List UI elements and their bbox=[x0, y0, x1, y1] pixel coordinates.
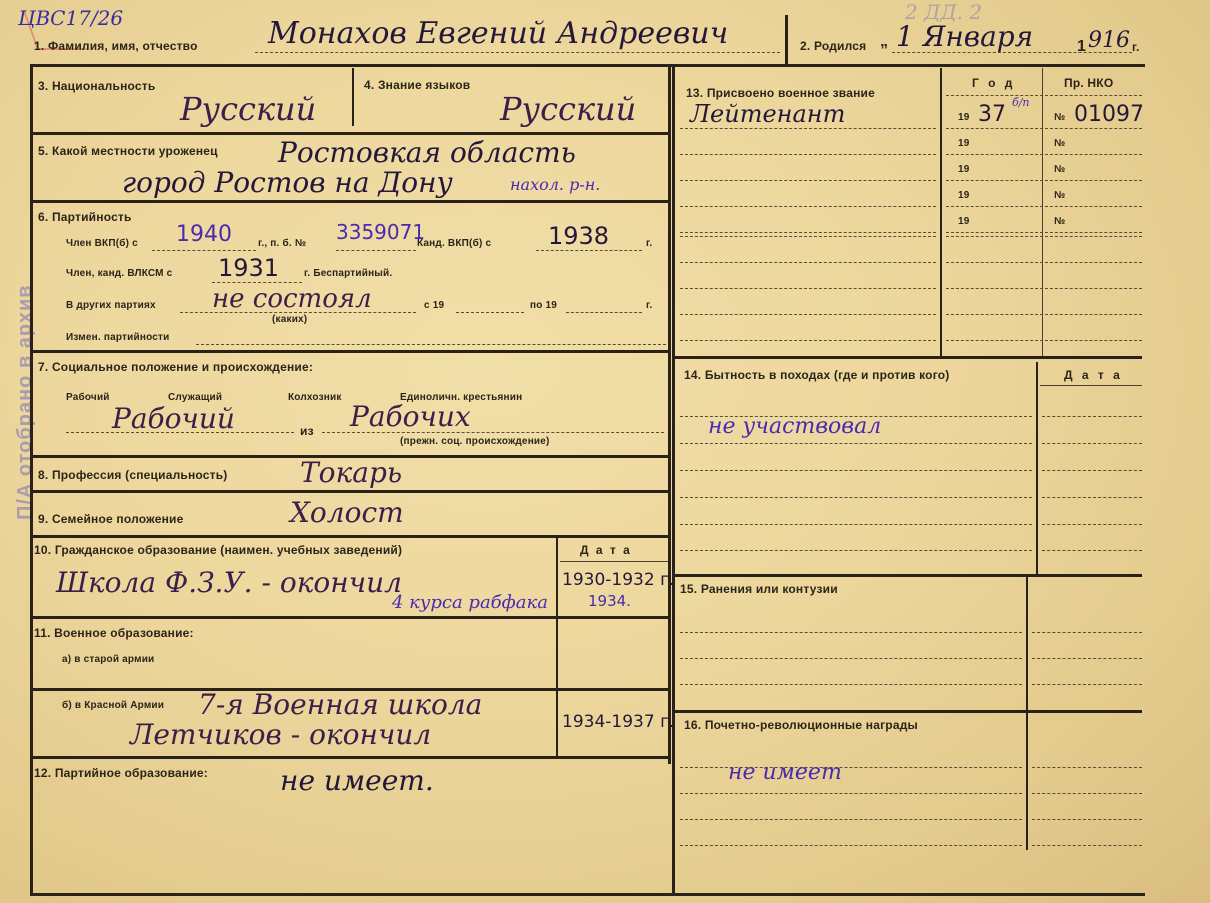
ruled-line bbox=[680, 443, 1032, 444]
rule-after-5 bbox=[30, 200, 670, 203]
rank-line bbox=[680, 340, 936, 341]
date-column-divider bbox=[556, 537, 558, 757]
line-party-card bbox=[336, 250, 416, 251]
rule-after-8 bbox=[30, 490, 670, 493]
value-rank-year[interactable]: 37 bbox=[978, 102, 1006, 127]
line-vlksm-year bbox=[212, 282, 302, 283]
label-nationality: 3. Национальность bbox=[38, 79, 155, 93]
label-rank: 13. Присвоено военное звание bbox=[686, 86, 875, 100]
label-wounds: 15. Ранения или контузии bbox=[680, 582, 838, 596]
rank-year-line bbox=[946, 154, 1142, 155]
ruled-line bbox=[680, 524, 1032, 525]
value-origin[interactable]: Рабочих bbox=[350, 400, 471, 433]
label-family: 9. Семейное положение bbox=[38, 512, 183, 526]
rule-date-header bbox=[560, 561, 668, 562]
line-member-year bbox=[152, 250, 256, 251]
label-old-army: а) в старой армии bbox=[62, 654, 154, 665]
rank-line bbox=[680, 180, 936, 181]
rank-no-prefix: № bbox=[1054, 164, 1065, 175]
label-full-name: 1. Фамилия, имя, отчество bbox=[34, 39, 198, 53]
value-party-education[interactable]: не имеет. bbox=[280, 764, 434, 797]
value-born-date[interactable]: 1 Января bbox=[896, 20, 1033, 53]
line-from bbox=[456, 312, 524, 313]
rule-top bbox=[30, 64, 1145, 67]
rank-line bbox=[680, 232, 936, 233]
value-civil-education-date2[interactable]: 1934. bbox=[588, 592, 631, 610]
line-full-name bbox=[255, 52, 780, 53]
ruled-line bbox=[680, 819, 1022, 820]
ruled-date-line bbox=[1042, 497, 1142, 498]
value-social[interactable]: Рабочий bbox=[112, 402, 235, 435]
value-campaigns[interactable]: не участвовал bbox=[708, 414, 881, 439]
label-awards: 16. Почетно-революционные награды bbox=[684, 718, 918, 732]
value-red-army-2[interactable]: Летчиков - окончил bbox=[130, 718, 431, 751]
value-other-parties[interactable]: не состоял bbox=[212, 284, 372, 314]
rank-year-prefix: 19 bbox=[958, 164, 970, 175]
ruled-date-line bbox=[1032, 632, 1142, 633]
value-red-army-1[interactable]: 7-я Военная школа bbox=[198, 688, 482, 721]
rank-line bbox=[680, 288, 936, 289]
header-date-10: Д а т а bbox=[580, 543, 632, 557]
ruled-line bbox=[680, 632, 1022, 633]
left-border bbox=[30, 64, 33, 894]
label-nonparty: г. Беспартийный. bbox=[304, 268, 392, 279]
label-military-education: 11. Военное образование: bbox=[34, 626, 194, 640]
rank-line bbox=[680, 236, 936, 237]
rank-no-prefix: № bbox=[1054, 216, 1065, 227]
rule-after-13 bbox=[672, 356, 1142, 359]
divider-14-date bbox=[1036, 362, 1038, 574]
header-order: Пр. НКО bbox=[1064, 76, 1113, 90]
ruled-line bbox=[680, 658, 1022, 659]
value-rank[interactable]: Лейтенант bbox=[690, 100, 845, 128]
rank-no-prefix: № bbox=[1054, 190, 1065, 201]
ruled-line bbox=[680, 845, 1022, 846]
born-quote: „ bbox=[880, 33, 888, 51]
divider-16-date bbox=[1026, 712, 1028, 850]
label-from-19: с 19 bbox=[424, 300, 444, 311]
rule-rank-header bbox=[946, 95, 1142, 96]
ruled-date-line bbox=[1032, 767, 1142, 768]
rule-bottom bbox=[30, 893, 1145, 896]
line-to bbox=[566, 312, 642, 313]
rank-year-prefix: 19 bbox=[958, 138, 970, 149]
rank-no-prefix: № bbox=[1054, 138, 1065, 149]
rank-year-prefix: 19 bbox=[958, 190, 970, 201]
header-year: Г о д bbox=[972, 76, 1015, 90]
value-civil-education-1[interactable]: Школа Ф.З.У. - окончил bbox=[56, 566, 402, 599]
rank-line bbox=[680, 262, 936, 263]
rank-line bbox=[680, 128, 936, 129]
rule-after-11b bbox=[30, 756, 670, 759]
ruled-line bbox=[680, 497, 1032, 498]
value-full-name[interactable]: Монахов Евгений Андреевич bbox=[268, 16, 728, 51]
label-to-19: по 19 bbox=[530, 300, 557, 311]
value-nationality[interactable]: Русский bbox=[180, 90, 316, 128]
rank-year-line bbox=[946, 314, 1142, 315]
candidate-g: г. bbox=[646, 238, 652, 249]
rule-after-3 bbox=[30, 132, 670, 135]
label-origin-sub: (прежн. соц. происхождение) bbox=[400, 436, 550, 447]
label-born: 2. Родился bbox=[800, 39, 866, 53]
label-civil-education: 10. Гражданское образование (наимен. уче… bbox=[34, 543, 402, 557]
divider-15-date bbox=[1026, 576, 1028, 716]
rule-after-14 bbox=[672, 574, 1142, 577]
rank-year-line bbox=[946, 340, 1142, 341]
ruled-date-line bbox=[1032, 819, 1142, 820]
rank-year-line bbox=[946, 128, 1142, 129]
rank-year-line bbox=[946, 232, 1142, 233]
value-vlksm-year[interactable]: 1931 bbox=[218, 254, 279, 282]
rank-no-prefix: № bbox=[1054, 112, 1065, 123]
value-civil-education-2[interactable]: 4 курса рабфака bbox=[392, 592, 548, 613]
rank-year-line bbox=[946, 180, 1142, 181]
divider-name-birth bbox=[785, 15, 788, 65]
label-birthplace: 5. Какой местности уроженец bbox=[38, 144, 218, 158]
ruled-date-line bbox=[1042, 416, 1142, 417]
divider-year-col bbox=[940, 68, 942, 358]
rank-year-line bbox=[946, 262, 1142, 263]
label-party-education: 12. Партийное образование: bbox=[34, 766, 208, 780]
value-party-card[interactable]: 3359071 bbox=[336, 220, 425, 244]
rank-line bbox=[680, 206, 936, 207]
ruled-date-line bbox=[1032, 684, 1142, 685]
born-year-prefix: 1 bbox=[1077, 38, 1086, 56]
rank-year-prefix: 19 bbox=[958, 112, 970, 123]
rule-date14-header bbox=[1040, 385, 1142, 386]
ruled-date-line bbox=[1032, 793, 1142, 794]
label-social: 7. Социальное положение и происхождение: bbox=[38, 360, 313, 374]
rank-line bbox=[680, 314, 936, 315]
ruled-date-line bbox=[1032, 845, 1142, 846]
value-birthplace-line1[interactable]: Ростовкая область bbox=[278, 136, 576, 169]
value-rank-order[interactable]: 01097 bbox=[1074, 102, 1144, 127]
rule-after-15 bbox=[672, 710, 1142, 713]
value-family[interactable]: Холост bbox=[290, 496, 404, 529]
rule-after-6 bbox=[30, 350, 670, 353]
divider-nationality-languages bbox=[352, 68, 354, 126]
label-from: из bbox=[300, 424, 314, 438]
option-kolkhoznik: Колхозник bbox=[288, 392, 342, 403]
line-candidate-year bbox=[536, 250, 642, 251]
ruled-line bbox=[680, 684, 1022, 685]
ruled-line bbox=[680, 793, 1022, 794]
label-other-parties: В других партиях bbox=[66, 300, 156, 311]
label-which: (каких) bbox=[272, 314, 307, 325]
rank-year-line bbox=[946, 288, 1142, 289]
archive-reference-number: ЦВС17/26 bbox=[18, 6, 123, 30]
ruled-date-line bbox=[1042, 470, 1142, 471]
rule-after-9 bbox=[30, 535, 670, 538]
value-birthplace-line2[interactable]: город Ростов на Дону bbox=[122, 166, 453, 199]
rank-year-line bbox=[946, 236, 1142, 237]
header-date-14: Д а т а bbox=[1064, 368, 1123, 382]
label-party: 6. Партийность bbox=[38, 210, 132, 224]
born-year-suffix: г. bbox=[1132, 40, 1140, 54]
ruled-date-line bbox=[1042, 443, 1142, 444]
rank-line bbox=[680, 154, 936, 155]
value-profession[interactable]: Токарь bbox=[300, 456, 402, 489]
value-awards[interactable]: не имеет bbox=[728, 760, 842, 785]
value-civil-education-date1[interactable]: 1930-1932 г. bbox=[562, 570, 674, 590]
ruled-line bbox=[680, 550, 1032, 551]
value-member-year[interactable]: 1940 bbox=[176, 222, 232, 247]
label-languages: 4. Знание языков bbox=[364, 78, 470, 92]
value-candidate-year[interactable]: 1938 bbox=[548, 222, 609, 250]
value-birthplace-note[interactable]: нахол. р-н. bbox=[510, 175, 600, 194]
rule-after-10 bbox=[30, 616, 670, 619]
value-rank-year-note[interactable]: б/п bbox=[1012, 96, 1030, 109]
other-g: г. bbox=[646, 300, 652, 311]
value-born-year[interactable]: 916 bbox=[1088, 28, 1130, 53]
label-campaigns: 14. Бытность в походах (где и против ког… bbox=[684, 368, 949, 382]
label-profession: 8. Профессия (специальность) bbox=[38, 468, 228, 482]
ruled-date-line bbox=[1042, 550, 1142, 551]
label-red-army: б) в Красной Армии bbox=[62, 700, 164, 711]
ruled-date-line bbox=[1032, 658, 1142, 659]
ruled-line bbox=[680, 470, 1032, 471]
rank-year-line bbox=[946, 206, 1142, 207]
center-divider bbox=[668, 64, 671, 764]
line-party-change bbox=[196, 344, 666, 345]
option-worker: Рабочий bbox=[66, 392, 110, 403]
label-party-card: г., п. б. № bbox=[258, 238, 306, 249]
value-red-army-date[interactable]: 1934-1937 г. bbox=[562, 712, 674, 732]
ruled-date-line bbox=[1042, 524, 1142, 525]
value-languages[interactable]: Русский bbox=[500, 90, 636, 128]
label-member-vkpb: Член ВКП(б) с bbox=[66, 238, 138, 249]
label-vlksm: Член, канд. ВЛКСМ с bbox=[66, 268, 172, 279]
label-party-change: Измен. партийности bbox=[66, 332, 169, 343]
label-candidate: Канд. ВКП(б) с bbox=[417, 238, 491, 249]
rank-year-prefix: 19 bbox=[958, 216, 970, 227]
archive-stamp: П/А отобрано в архив bbox=[14, 284, 37, 520]
right-col-left-border bbox=[672, 64, 675, 894]
